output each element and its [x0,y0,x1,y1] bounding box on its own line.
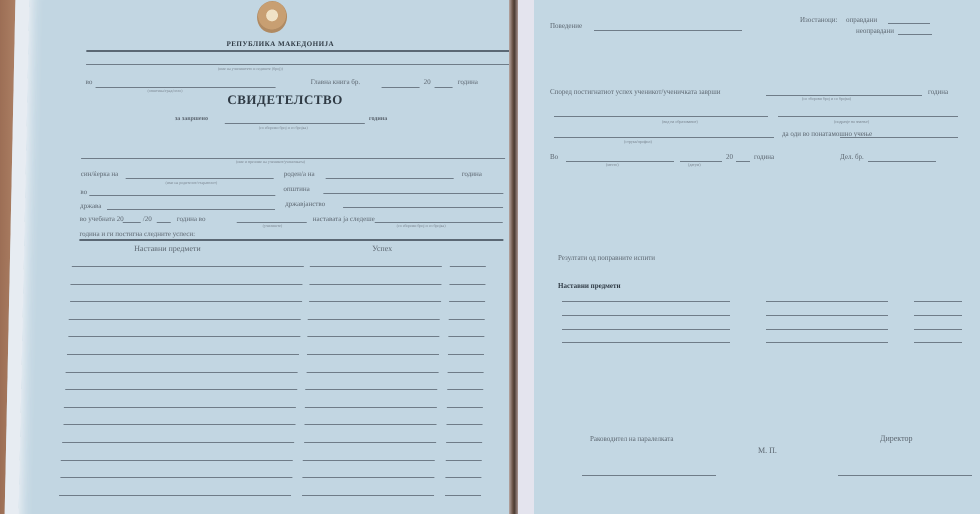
subject-line[interactable] [66,372,298,373]
issue-place-line[interactable] [566,161,674,162]
next-education-line[interactable] [840,137,958,138]
corrective-grade-words-line[interactable] [766,315,888,316]
grade-words-line[interactable] [310,266,442,267]
subtitle-prefix: за завршено [175,116,208,122]
corrective-grade-number-line[interactable] [914,315,962,316]
corrective-grade-number-line[interactable] [914,301,962,302]
grade-number-line[interactable] [449,301,485,302]
success-label: година и ги постигна следните успеси: [79,230,195,238]
director-signature-line[interactable] [838,475,972,476]
class-teacher-label: Раководител на паралелката [590,435,674,443]
certificate-back-page: Поведение Изостаноци: оправдани неоправд… [518,0,980,514]
attended-label: наставата ја следеше [313,215,375,223]
profile-caption: (струка/профил) [624,139,652,144]
knowledge-area-caption: (подрачје на знаење) [834,119,869,124]
grade-number-line[interactable] [446,424,482,425]
grade-number-line[interactable] [449,319,485,320]
parent-label: син/ќерка на [81,170,119,178]
corrective-grade-words-line[interactable] [766,342,888,343]
student-caption: (име и презиме на ученикот/ученичката) [236,159,305,164]
seal-label: М. П. [758,446,777,455]
grade-words-line[interactable] [308,319,440,320]
school-year-from-line[interactable] [123,222,141,223]
registry-number-line[interactable] [382,87,420,88]
grade-words-line[interactable] [303,460,435,461]
subject-line[interactable] [69,319,301,320]
corrective-grade-words-line[interactable] [766,301,888,302]
citizenship-line[interactable] [343,207,503,208]
grade-number-line[interactable] [446,442,482,443]
grade-number-line[interactable] [447,389,483,390]
decision-suffix: година [928,88,948,96]
grade-column-header: Успех [372,244,392,253]
issue-place-label: Во [550,153,558,161]
grade-words-line[interactable] [307,336,439,337]
subject-line[interactable] [62,442,294,443]
education-type-caption: (вид на образование) [662,119,698,124]
unjustified-line[interactable] [898,34,932,35]
grade-number-line[interactable] [448,336,484,337]
corrective-subject-line[interactable] [562,301,730,302]
issue-year-suffix: година [754,153,774,161]
corrective-grade-number-line[interactable] [914,342,962,343]
grade-words-line[interactable] [304,424,436,425]
country-heading: РЕПУБЛИКА МАКЕДОНИЈА [226,40,334,48]
delovoden-line[interactable] [868,161,936,162]
school-year-to-line[interactable] [157,222,171,223]
behavior-label: Поведение [550,22,582,30]
place-line[interactable] [96,87,276,88]
place-caption: (општина/град/село) [147,88,182,93]
parent-caption: (име на родителот/старателот) [166,180,218,185]
issue-date-line[interactable] [680,161,722,162]
corrective-subject-line[interactable] [562,329,730,330]
subject-line[interactable] [59,495,291,496]
subject-line[interactable] [70,301,302,302]
absences-label: Изостаноци: [800,16,838,24]
place-label: во [86,78,93,86]
corrective-subject-line[interactable] [562,342,730,343]
grade-number-line[interactable] [445,477,481,478]
attended-caption: (со зборови број и со бројка) [397,223,446,228]
subject-line[interactable] [64,407,296,408]
issue-year-prefix: 20 [726,153,733,161]
subjects-column-header: Наставни предмети [134,244,201,253]
subject-line[interactable] [72,266,304,267]
grade-words-line[interactable] [306,372,438,373]
municipality-label: општина [283,185,309,193]
born-label: роден/а на [284,170,315,178]
rule [79,239,503,241]
birth-date-line[interactable] [326,178,454,179]
subject-line[interactable] [61,460,293,461]
municipality-line[interactable] [323,193,503,194]
grade-number-line[interactable] [449,284,485,285]
grade-completed-line[interactable] [225,123,365,124]
grade-number-line[interactable] [445,495,481,496]
profile-line[interactable] [554,137,774,138]
parent-line[interactable] [126,178,274,179]
birthplace-label: во [80,188,87,196]
grade-number-line[interactable] [448,354,484,355]
subject-line[interactable] [68,336,300,337]
registry-year-suffix: година [458,78,478,86]
justified-label: оправдани [846,16,877,24]
decision-text: Според постигнатиот успех ученикот/учени… [550,88,721,96]
corrective-grade-number-line[interactable] [914,329,962,330]
born-suffix: година [462,170,482,178]
class-teacher-signature-line[interactable] [582,475,716,476]
registry-year-prefix: 20 [424,78,431,86]
school-year-mid: /20 [143,215,152,223]
page-gap [509,0,518,514]
registry-year-line[interactable] [435,87,453,88]
grade-number-line[interactable] [446,460,482,461]
certificate-front-page: РЕПУБЛИКА МАКЕДОНИЈА (име на училиштето … [5,0,530,514]
school-year-label: во учебната 20 [80,215,124,223]
issue-date-caption: (датум) [688,162,701,167]
grade-words-line[interactable] [305,407,437,408]
grade-words-line[interactable] [309,301,441,302]
grade-number-line[interactable] [450,266,486,267]
grade-words-line[interactable] [304,442,436,443]
state-line[interactable] [107,209,275,210]
subject-line[interactable] [63,424,295,425]
school-caption: (училиште) [263,223,283,228]
knowledge-area-line[interactable] [778,116,958,117]
corrective-exams-label: Резултати од поправните испити [558,254,655,262]
subtitle-suffix: година [369,116,387,122]
school-name-line[interactable] [86,64,510,65]
school-year-suffix: година во [177,215,206,223]
subtitle-caption: (со зборови број и со бројка) [259,125,308,130]
justified-line[interactable] [888,23,930,24]
delovoden-label: Дел. бр. [840,153,864,161]
corrective-subjects-header: Наставни предмети [558,282,621,290]
registry-label: Главна книга бр. [311,78,361,86]
corrective-subject-line[interactable] [562,315,730,316]
grade-number-line[interactable] [448,372,484,373]
citizenship-label: државјанство [285,200,325,208]
unjustified-label: неоправдани [856,27,894,35]
subject-line[interactable] [65,389,297,390]
birthplace-line[interactable] [89,195,275,196]
grade-words-line[interactable] [307,354,439,355]
issue-year-line[interactable] [736,161,750,162]
rule [86,50,510,52]
grade-words-line[interactable] [302,477,434,478]
behavior-line[interactable] [594,30,742,31]
subject-line[interactable] [71,284,303,285]
school-caption: (име на училиштето и седиште (број)) [218,66,283,71]
subject-line[interactable] [67,354,299,355]
education-type-line[interactable] [554,116,768,117]
subject-line[interactable] [60,477,292,478]
grade-words-line[interactable] [309,284,441,285]
issue-place-caption: (место) [606,162,619,167]
corrective-grade-words-line[interactable] [766,329,888,330]
document-title: СВИДЕТЕЛСТВО [227,92,343,108]
grade-words-line[interactable] [306,389,438,390]
state-label: држава [80,202,101,210]
grade-words-line[interactable] [302,495,434,496]
coat-of-arms-icon [257,1,288,33]
grade-number-line[interactable] [447,407,483,408]
decision-caption: (со зборови број и со бројка) [802,96,851,101]
director-label: Директор [880,434,912,443]
